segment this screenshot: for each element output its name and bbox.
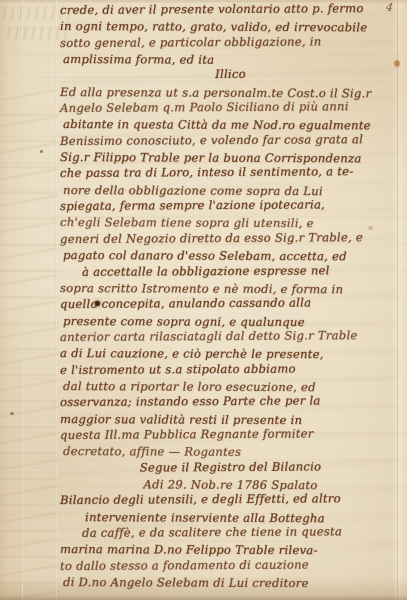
line-text: marina marina D.no Felippo Trable rileva…: [60, 542, 318, 557]
manuscript-line: da caffè, e da scalitere che tiene in qu…: [60, 523, 401, 541]
line-text: Angelo Selebam q.m Paolo Siciliano di pi…: [60, 99, 349, 115]
manuscript-line: à accettalle la obbligazione espresse ne…: [60, 261, 401, 279]
line-text: Bilancio degli utensili, e degli Effetti…: [60, 492, 341, 508]
line-text: interveniente inserviente alla Bottegha: [85, 510, 325, 525]
line-text: Segue il Registro del Bilancio: [140, 459, 322, 474]
page-bottom-edge: [0, 595, 407, 600]
line-text: maggior sua validità resti il presente i…: [60, 412, 302, 427]
manuscript-line: e l'istromento ut s.a stipolato abbiamo: [60, 359, 401, 377]
line-text: da caffè, e da scalitere che tiene in qu…: [82, 524, 342, 540]
line-text: a di Lui cauzione, e ciò perchè le prese…: [60, 346, 324, 361]
line-text: presente come sopra ogni, e qualunque: [63, 314, 305, 329]
manuscript-line: Bilancio degli utensili, e degli Effetti…: [60, 490, 401, 508]
line-text: pagato col danaro d'esso Selebam, accett…: [63, 248, 347, 263]
line-text: e l'istromento ut s.a stipolato abbiamo: [60, 361, 296, 376]
line-text: osservanza; instando esso Parte che per …: [60, 394, 321, 410]
line-text: che passa tra di Loro, inteso il sentime…: [60, 165, 354, 181]
manuscript-line: Segue il Registro del Bilancio: [60, 458, 401, 476]
line-text: spiegata, ferma sempre l'azione ipotecar…: [60, 198, 325, 214]
line-text: questa Ill.ma Pubblica Regnante formiter: [60, 426, 314, 442]
line-text: sotto general, e particolar obbligazione…: [60, 34, 322, 50]
line-text: di D.no Angelo Selebam di Lui creditore: [63, 575, 309, 590]
manuscript-line: quello concepita, anulando cassando alla: [60, 294, 401, 312]
manuscript-line: di D.no Angelo Selebam di Lui creditore: [63, 574, 401, 592]
vertical-fold-crease: [55, 0, 58, 600]
line-text: to dallo stesso a fondamento di cauzione: [60, 557, 309, 573]
manuscript-line: Angelo Selebam q.m Paolo Siciliano di pi…: [60, 98, 401, 116]
manuscript-line: anterior carta rilasciatagli dal detto S…: [60, 327, 401, 345]
paper-speck: [40, 150, 43, 153]
line-text: decretato, affine — Rogantes: [63, 444, 241, 459]
paper-speck: [10, 412, 14, 415]
manuscript-line: generi del Negozio diretto da esso Sig.r…: [60, 229, 401, 247]
vertical-fold-crease: [21, 0, 24, 600]
line-text: Benissimo conosciuto, e volendo far cosa…: [60, 132, 363, 148]
line-text: anterior carta rilasciatagli dal detto S…: [60, 328, 358, 344]
line-text: generi del Negozio diretto da esso Sig.r…: [60, 230, 363, 246]
manuscript-text: crede, di aver il presente volontario at…: [60, 2, 401, 590]
manuscript-line: crede, di aver il presente volontario at…: [60, 0, 401, 18]
line-text: à accettalle la obbligazione espresse ne…: [82, 263, 330, 279]
line-text: ch'egli Selebam tiene sopra gli utensili…: [60, 215, 314, 230]
manuscript-line: osservanza; instando esso Parte che per …: [60, 392, 401, 410]
line-text: amplissima forma, ed ita: [63, 52, 214, 67]
line-text: in ogni tempo, ratto, grato, valido, ed …: [60, 19, 367, 34]
line-text: crede, di aver il presente volontario at…: [60, 1, 364, 17]
manuscript-line: to dallo stesso a fondamento di cauzione: [60, 556, 401, 574]
manuscript-page: 4 crede, di aver il presente volontario …: [0, 0, 407, 600]
manuscript-line: Illico: [60, 65, 401, 83]
manuscript-line: Benissimo conosciuto, e volendo far cosa…: [60, 131, 401, 149]
line-text: Illico: [215, 67, 246, 81]
manuscript-line: questa Ill.ma Pubblica Regnante formiter: [60, 425, 401, 443]
line-text: quello concepita, anulando cassando alla: [60, 296, 311, 312]
manuscript-line: sotto general, e particolar obbligazione…: [60, 33, 401, 51]
manuscript-line: spiegata, ferma sempre l'azione ipotecar…: [60, 196, 401, 214]
manuscript-line: che passa tra di Loro, inteso il sentime…: [60, 163, 401, 181]
verso-bleedthrough-margin: [0, 90, 58, 600]
